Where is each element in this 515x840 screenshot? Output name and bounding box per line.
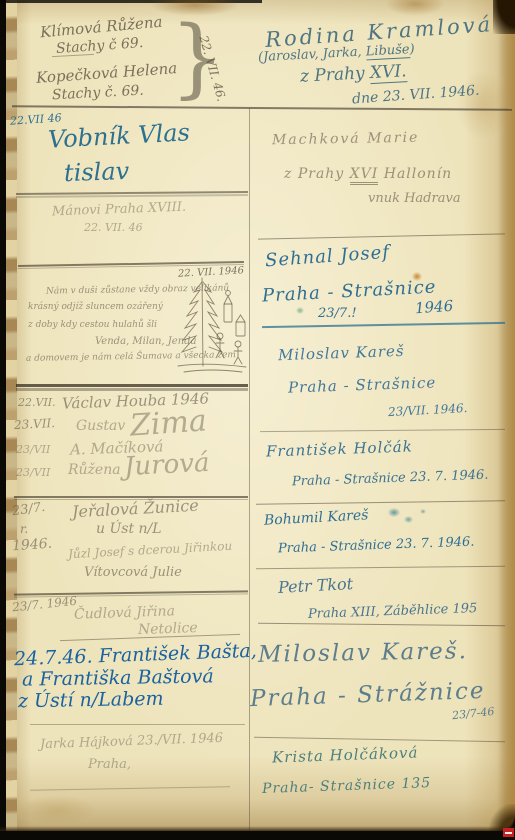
scan-bottom-strip xyxy=(0,831,515,840)
guest-address: Praha, xyxy=(88,757,131,772)
entry-divider-line xyxy=(30,724,245,725)
guest-signature: Gustav xyxy=(76,418,125,434)
guest-name: Petr Tkot xyxy=(278,574,354,597)
guest-address-part: z Prahy xyxy=(284,166,350,182)
guest-address: u Úst n/L xyxy=(96,521,162,537)
guest-address-part: Hallonín xyxy=(378,166,452,182)
entry-date: 22.VII. xyxy=(18,396,56,409)
guest-address: Netolice xyxy=(138,620,198,638)
guest-note-part: Libuše xyxy=(365,42,410,60)
entry-date: 23.VII. xyxy=(14,416,56,432)
red-minus-badge xyxy=(503,828,514,837)
guest-address-part: XVI xyxy=(350,166,379,185)
pencil-tree-sketch xyxy=(150,270,250,382)
guest-address: z Prahy XVI. xyxy=(300,61,407,87)
guest-signature: a Františka Baštová xyxy=(22,665,214,690)
entry-date: 1946 xyxy=(414,297,453,318)
guest-note: vnuk Hadrava xyxy=(368,191,461,206)
top-right-corner-shadow xyxy=(493,0,515,34)
entry-date: 23/VII xyxy=(16,443,50,456)
guest-name: Machková Marie xyxy=(272,130,420,149)
guest-address: z Prahy XVI Hallonín xyxy=(284,166,452,182)
guest-name: Vítovcová Julie xyxy=(84,565,182,580)
page-right-edge xyxy=(498,0,515,831)
guestbook-scan: Klímová Růžena Stachy č 69. Kopečková He… xyxy=(0,0,515,840)
entry-date: r. xyxy=(20,522,28,536)
guest-signature: Růžena xyxy=(68,462,121,478)
guest-address-part: XVI. xyxy=(369,61,407,84)
entry-divider-line xyxy=(16,384,248,387)
column-divider-line xyxy=(249,108,250,830)
entry-date: 23/VII xyxy=(16,466,50,479)
entry-date: 1946. xyxy=(11,536,52,555)
scan-bottom-edge xyxy=(0,826,515,831)
guest-name: Miloslav Kareš. xyxy=(258,638,468,668)
guest-address-part: z Prahy xyxy=(300,63,371,87)
guest-signature: Jurová xyxy=(123,448,210,482)
guest-note-part: ) xyxy=(409,42,415,57)
guest-signature: tislav xyxy=(64,157,130,187)
entry-date: 23/7.! xyxy=(318,306,357,321)
poem-line: krásný odjíž sluncem ozářený xyxy=(28,302,163,312)
top-edge-shadow xyxy=(0,0,262,3)
entry-date: 22. VII. 46 xyxy=(84,221,143,234)
poem-line: z doby kdy cestou hulahů šli xyxy=(28,320,157,330)
guest-address: z Ústí n/Labem xyxy=(18,688,164,713)
